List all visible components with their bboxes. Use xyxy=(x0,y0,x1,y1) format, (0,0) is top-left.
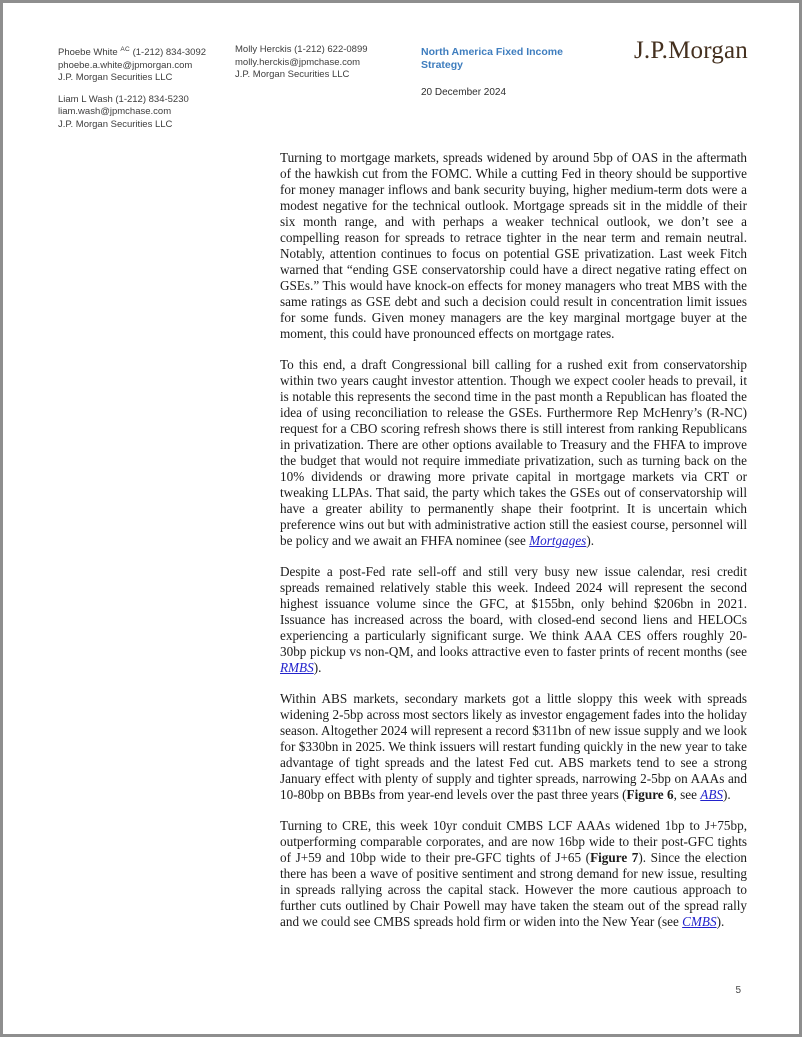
text-run: ). xyxy=(723,787,731,802)
bold-text: Figure 6 xyxy=(627,787,674,802)
body-paragraph: Turning to CRE, this week 10yr conduit C… xyxy=(280,818,747,930)
text-run: , see xyxy=(674,787,701,802)
contact-email: phoebe.a.white@jpmorgan.com xyxy=(58,60,228,73)
contact-name: Phoebe White xyxy=(58,47,118,58)
text-run: Within ABS markets, secondary markets go… xyxy=(280,691,747,802)
analyst-certification-sup: AC xyxy=(120,46,130,53)
publication-date: 20 December 2024 xyxy=(421,87,601,98)
body-paragraph: Within ABS markets, secondary markets go… xyxy=(280,691,747,803)
text-run: Turning to mortgage markets, spreads wid… xyxy=(280,150,747,341)
contact-name: Liam L Wash xyxy=(58,94,113,105)
abs-link[interactable]: ABS xyxy=(700,787,723,802)
publication-title: North America Fixed Income Strategy xyxy=(421,46,601,72)
contact-molly-herckis: Molly Herckis (1-212) 622-0899 molly.her… xyxy=(235,44,405,82)
contact-firm: J.P. Morgan Securities LLC xyxy=(235,69,405,82)
body-paragraph: Turning to mortgage markets, spreads wid… xyxy=(280,150,747,342)
contact-name-phone: Liam L Wash (1-212) 834-5230 xyxy=(58,94,228,107)
contact-email: liam.wash@jpmchase.com xyxy=(58,106,228,119)
rmbs-link[interactable]: RMBS xyxy=(280,660,314,675)
contacts-column-2: Molly Herckis (1-212) 622-0899 molly.her… xyxy=(235,44,405,91)
text-run: ). xyxy=(314,660,322,675)
text-run: Despite a post-Fed rate sell-off and sti… xyxy=(280,564,747,659)
contact-email: molly.herckis@jpmchase.com xyxy=(235,57,405,70)
publication-block: North America Fixed Income Strategy 20 D… xyxy=(421,46,601,98)
bold-text: Figure 7 xyxy=(590,850,638,865)
text-run: ). xyxy=(717,914,725,929)
contact-phone: (1-212) 622-0899 xyxy=(294,44,367,55)
cmbs-link[interactable]: CMBS xyxy=(682,914,716,929)
contact-name: Molly Herckis xyxy=(235,44,291,55)
body-paragraph: To this end, a draft Congressional bill … xyxy=(280,357,747,549)
report-page: Phoebe White AC (1-212) 834-3092 phoebe.… xyxy=(0,0,802,1037)
body-text: Turning to mortgage markets, spreads wid… xyxy=(280,150,747,945)
body-paragraph: Despite a post-Fed rate sell-off and sti… xyxy=(280,564,747,676)
text-run: To this end, a draft Congressional bill … xyxy=(280,357,747,548)
mortgages-link[interactable]: Mortgages xyxy=(529,533,586,548)
jpmorgan-logo: J.P.Morgan xyxy=(598,37,748,65)
contact-phoebe-white: Phoebe White AC (1-212) 834-3092 phoebe.… xyxy=(58,44,228,85)
page-number: 5 xyxy=(735,985,741,996)
contact-liam-wash: Liam L Wash (1-212) 834-5230 liam.wash@j… xyxy=(58,94,228,132)
contact-firm: J.P. Morgan Securities LLC xyxy=(58,119,228,132)
contact-phone: (1-212) 834-5230 xyxy=(115,94,188,105)
contact-firm: J.P. Morgan Securities LLC xyxy=(58,72,228,85)
contacts-column-1: Phoebe White AC (1-212) 834-3092 phoebe.… xyxy=(58,44,228,140)
contact-name-phone: Molly Herckis (1-212) 622-0899 xyxy=(235,44,405,57)
contact-phone: (1-212) 834-3092 xyxy=(133,47,206,58)
contact-name-phone: Phoebe White AC (1-212) 834-3092 xyxy=(58,44,228,60)
text-run: ). xyxy=(586,533,594,548)
